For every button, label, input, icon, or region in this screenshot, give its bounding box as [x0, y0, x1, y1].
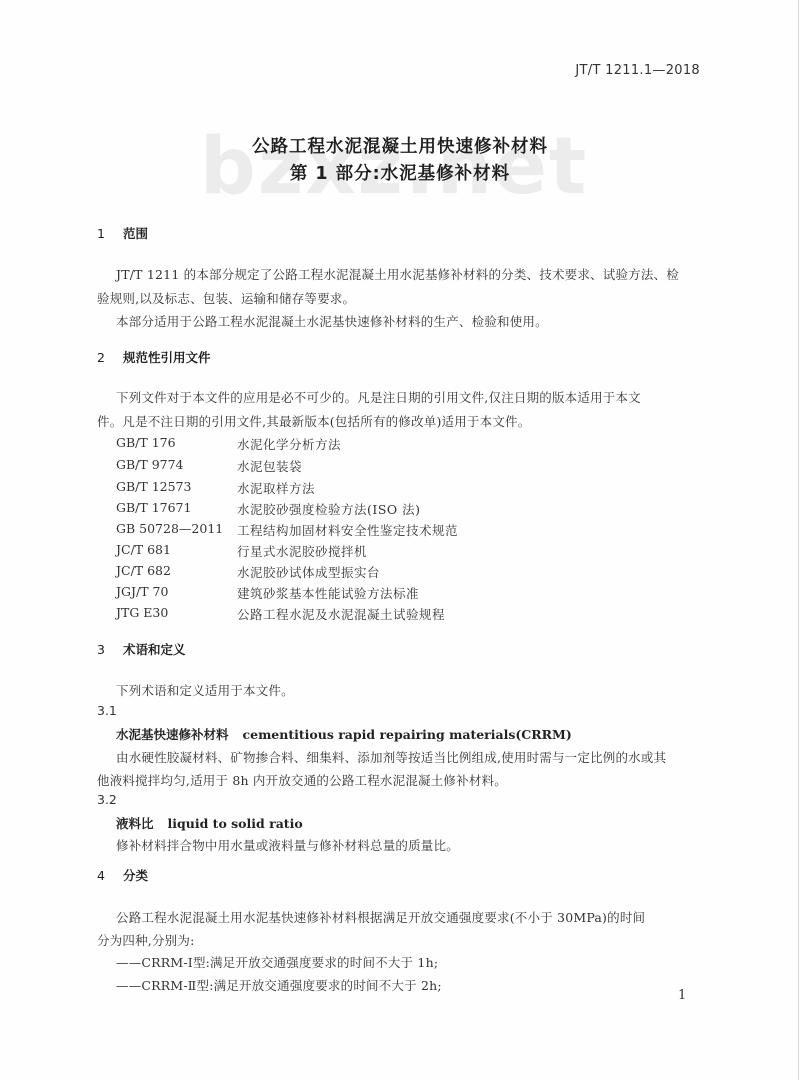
document-page: JT/T 1211.1—2018 bzxz.net 公路工程水泥混凝土用快速修补…	[0, 0, 800, 1080]
paragraph: 下列术语和定义适用于本文件。	[116, 681, 294, 699]
paragraph: 分为四种,分别为:	[97, 931, 195, 949]
section-heading-2: 2规范性引用文件	[97, 348, 211, 366]
section-title: 分类	[123, 868, 148, 883]
reference-code: GB/T 17671	[116, 500, 191, 515]
section-heading-3: 3术语和定义	[97, 640, 186, 658]
term-number: 3.2	[97, 792, 117, 807]
reference-title: 水泥包装袋	[237, 457, 302, 475]
reference-code: GB/T 9774	[116, 457, 184, 472]
reference-title: 水泥胶砂强度检验方法(ISO 法)	[237, 500, 420, 518]
term-number: 3.1	[97, 703, 117, 718]
reference-code: JC/T 681	[116, 542, 171, 557]
term-entry: 液料比liquid to solid ratio	[116, 814, 303, 832]
section-title: 范围	[123, 226, 148, 241]
list-item: ——CRRM-Ⅰ型:满足开放交通强度要求的时间不大于 1h;	[116, 953, 438, 971]
reference-code: GB/T 12573	[116, 479, 191, 494]
paragraph: 件。凡是不注日期的引用文件,其最新版本(包括所有的修改单)适用于本文件。	[97, 412, 530, 430]
reference-code: JTG E30	[116, 605, 168, 620]
definition: 他液料搅拌均匀,适用于 8h 内开放交通的公路工程水泥混凝土修补材料。	[97, 771, 507, 789]
definition: 修补材料拌合物中用水量或液料量与修补材料总量的质量比。	[116, 836, 459, 854]
term-zh: 水泥基快速修补材料	[116, 727, 229, 742]
page-number: 1	[678, 988, 686, 1003]
term-en: liquid to solid ratio	[168, 816, 303, 831]
definition: 由水硬性胶凝材料、矿物掺合料、细集料、添加剂等按适当比例组成,使用时需与一定比例…	[116, 748, 666, 766]
reference-title: 工程结构加固材料安全性鉴定技术规范	[237, 521, 458, 539]
reference-title: 水泥化学分析方法	[237, 435, 341, 453]
title-line-1: 公路工程水泥混凝土用快速修补材料	[0, 134, 800, 161]
paragraph: JT/T 1211 的本部分规定了公路工程水泥混凝土用水泥基修补材料的分类、技术…	[116, 265, 679, 283]
standard-code: JT/T 1211.1—2018	[575, 63, 700, 78]
reference-code: GB 50728—2011	[116, 521, 223, 536]
reference-code: JGJ/T 70	[116, 584, 168, 599]
term-en: cementitious rapid repairing materials(C…	[243, 727, 572, 742]
reference-title: 水泥胶砂试体成型振实台	[237, 563, 380, 581]
reference-title: 水泥取样方法	[237, 479, 315, 497]
paragraph: 下列文件对于本文件的应用是必不可少的。凡是注日期的引用文件,仅注日期的版本适用于…	[116, 388, 641, 406]
section-number: 3	[97, 642, 123, 657]
section-heading-4: 4分类	[97, 866, 148, 884]
document-title: 公路工程水泥混凝土用快速修补材料 第 1 部分:水泥基修补材料	[0, 134, 800, 188]
paragraph: 验规则,以及标志、包装、运输和储存等要求。	[97, 289, 355, 307]
term-entry: 水泥基快速修补材料cementitious rapid repairing ma…	[116, 725, 572, 743]
section-heading-1: 1范围	[97, 224, 148, 242]
section-number: 4	[97, 868, 123, 883]
section-title: 规范性引用文件	[123, 350, 211, 365]
reference-title: 公路工程水泥及水泥混凝土试验规程	[237, 605, 445, 623]
reference-title: 行星式水泥胶砂搅拌机	[237, 542, 367, 560]
section-number: 2	[97, 350, 123, 365]
reference-title: 建筑砂浆基本性能试验方法标准	[237, 584, 419, 602]
paragraph: 公路工程水泥混凝土用水泥基快速修补材料根据满足开放交通强度要求(不小于 30MP…	[116, 908, 645, 926]
paragraph: 本部分适用于公路工程水泥混凝土水泥基快速修补材料的生产、检验和使用。	[116, 312, 548, 330]
title-line-2: 第 1 部分:水泥基修补材料	[0, 161, 800, 188]
section-title: 术语和定义	[123, 642, 186, 657]
term-zh: 液料比	[116, 816, 154, 831]
section-number: 1	[97, 226, 123, 241]
reference-code: GB/T 176	[116, 435, 176, 450]
list-item: ——CRRM-Ⅱ型:满足开放交通强度要求的时间不大于 2h;	[116, 976, 442, 994]
reference-code: JC/T 682	[116, 563, 171, 578]
